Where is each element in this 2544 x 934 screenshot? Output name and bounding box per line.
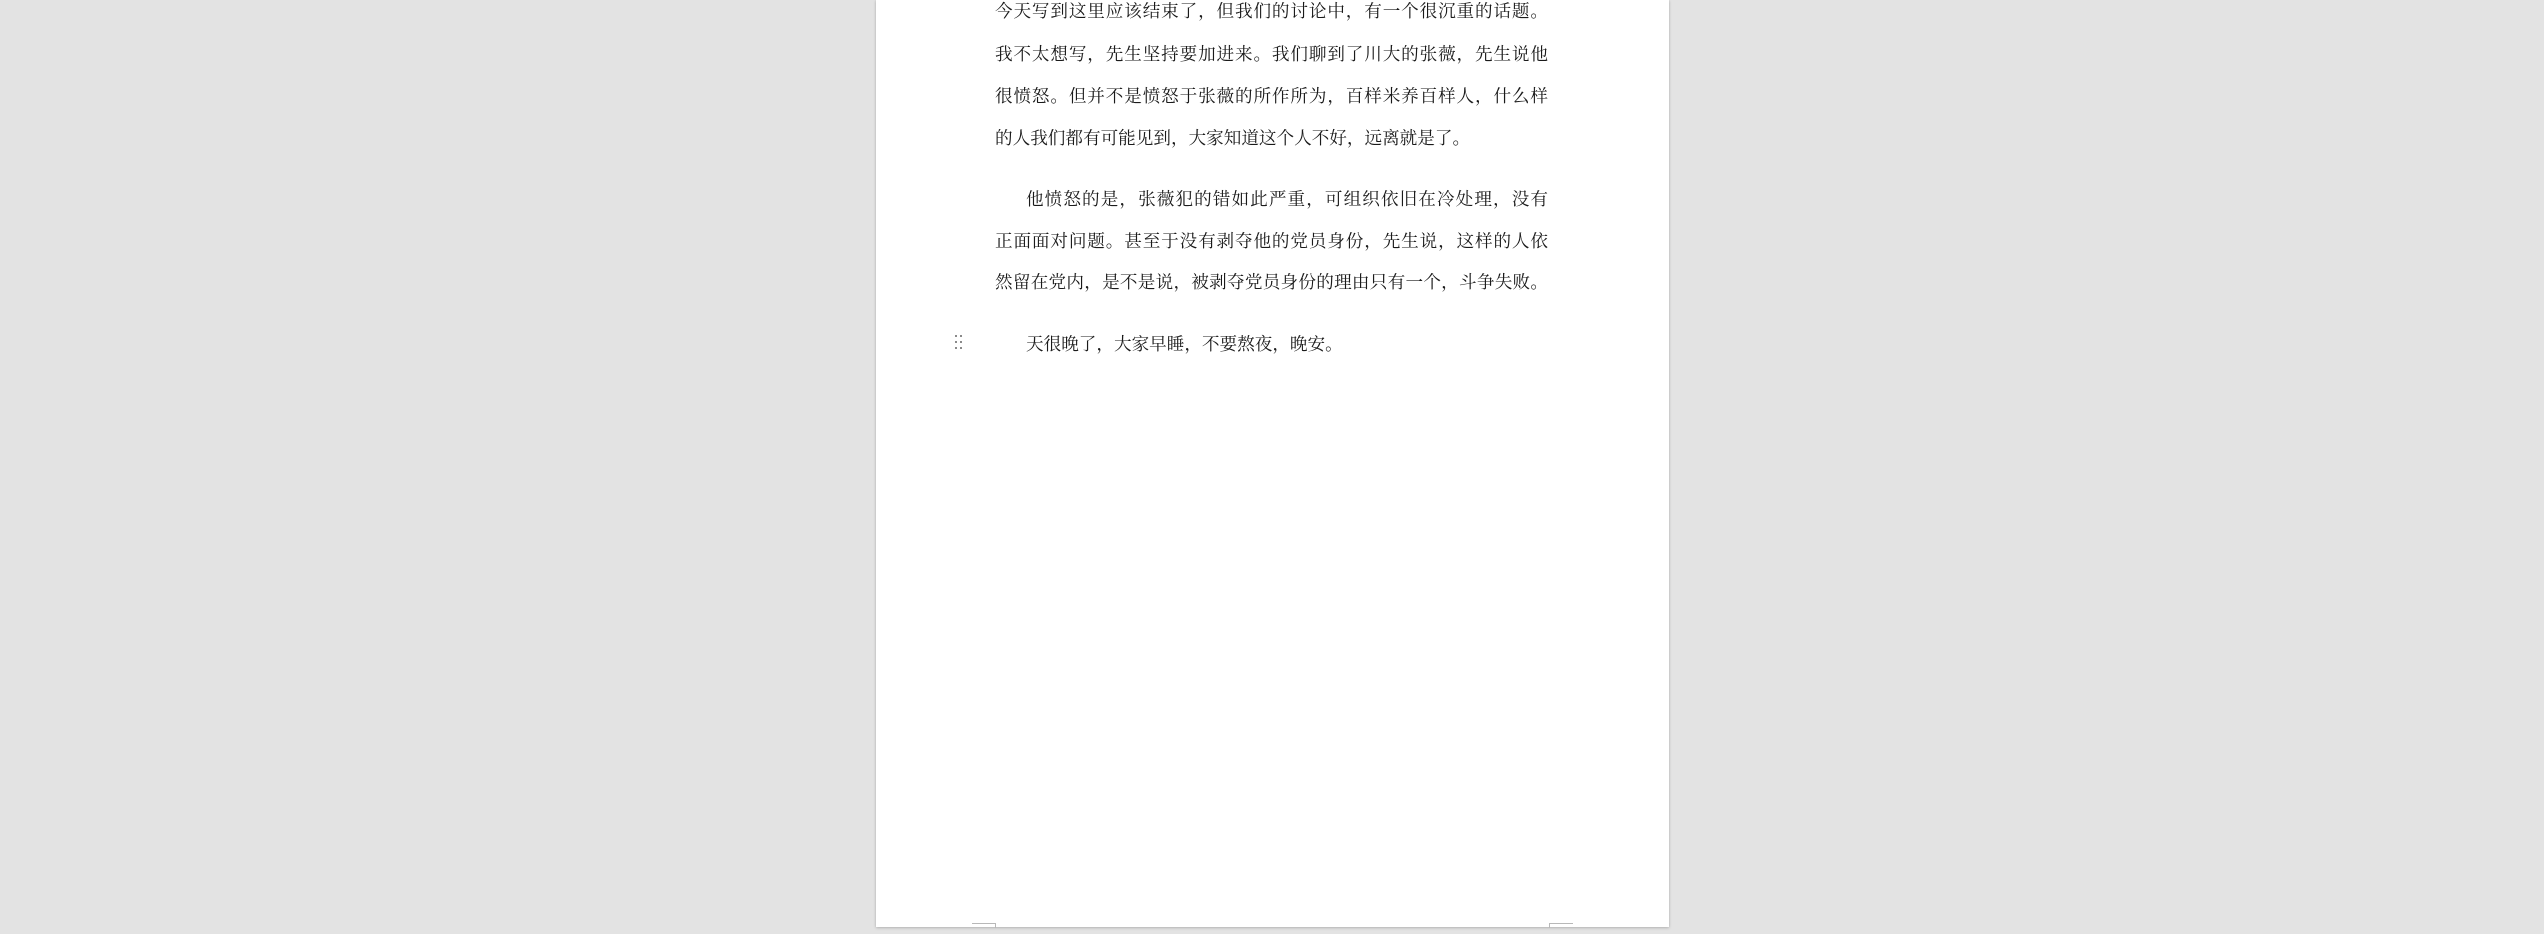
paragraph-line: 今天写到这里应该结束了，但我们的讨论中，有一个很沉重的话题。 <box>995 0 1548 24</box>
paragraph-line: 的人我们都有可能见到，大家知道这个人不好，远离就是了。 <box>995 127 1470 151</box>
drag-handle-icon[interactable] <box>955 335 963 350</box>
paragraph-line: 正面面对问题。甚至于没有剥夺他的党员身份，先生说，这样的人依 <box>995 230 1548 254</box>
paragraph-line: 我不太想写，先生坚持要加进来。我们聊到了川大的张薇，先生说他 <box>995 43 1548 67</box>
paragraph-line: 很愤怒。但并不是愤怒于张薇的所作所为，百样米养百样人，什么样 <box>995 85 1548 109</box>
document-page[interactable]: 今天写到这里应该结束了，但我们的讨论中，有一个很沉重的话题。 我不太想写，先生坚… <box>876 0 1669 927</box>
paragraph-line: 天很晚了，大家早睡，不要熬夜，晚安。 <box>1026 333 1343 357</box>
paragraph-line: 然留在党内，是不是说，被剥夺党员身份的理由只有一个，斗争失败。 <box>995 271 1548 295</box>
crop-mark-bottom-right-icon <box>1549 923 1573 928</box>
workspace: 今天写到这里应该结束了，但我们的讨论中，有一个很沉重的话题。 我不太想写，先生坚… <box>0 0 2544 934</box>
paragraph-line: 他愤怒的是，张薇犯的错如此严重，可组织依旧在冷处理，没有 <box>1026 188 1548 212</box>
crop-mark-bottom-left-icon <box>972 923 996 928</box>
